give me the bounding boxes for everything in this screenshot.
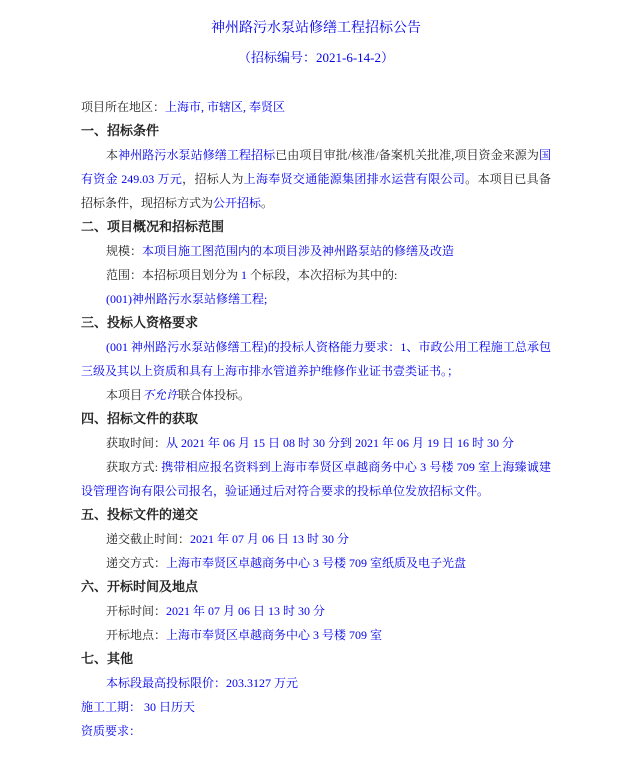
text-segment: 本项目施工图范围内的本项目涉及神州路泵站的修缮及改造 [142, 244, 454, 258]
doc-line: 本标段最高投标限价：203.3127 万元 [81, 671, 551, 695]
text-segment: 六、开标时间及地点 [81, 579, 198, 594]
doc-line: 资质要求： [81, 719, 551, 743]
tender-number: （招标编号：2021-6-14-2） [81, 49, 551, 67]
doc-line: 开标时间：2021 年 07 月 06 日 13 时 30 分 [81, 599, 551, 623]
text-segment: ，招标人为 [182, 172, 244, 186]
text-segment: 规模： [106, 244, 142, 258]
text-segment: 。 [261, 196, 273, 210]
text-segment: 2021 年 07 月 06 日 13 时 30 分 [190, 532, 349, 546]
section-heading: 五、投标文件的递交 [81, 503, 551, 527]
text-segment: 已由项目审批/核准/备案机关批准,项目资金来源为 [275, 148, 539, 162]
text-segment: 递交方式： [106, 556, 166, 570]
text-segment: 四、招标文件的获取 [81, 411, 198, 426]
doc-line: 范围：本招标项目划分为 1 个标段，本次招标为其中的: [81, 263, 551, 287]
text-segment: 项目所在地区： [81, 100, 165, 114]
document-title: 神州路污水泵站修缮工程招标公告 [81, 19, 551, 39]
doc-line: 规模：本项目施工图范围内的本项目涉及神州路泵站的修缮及改造 [81, 239, 551, 263]
text-segment: 不允许 [142, 388, 178, 402]
text-segment: 三、投标人资格要求 [81, 315, 198, 330]
tender-announcement-document: 神州路污水泵站修缮工程招标公告 （招标编号：2021-6-14-2） 项目所在地… [0, 0, 627, 743]
section-heading: 三、投标人资格要求 [81, 311, 551, 335]
doc-line: (001)神州路污水泵站修缮工程; [81, 287, 551, 311]
text-segment: 范围：本招标项目划分为 [106, 268, 241, 282]
document-blocks: 项目所在地区：上海市, 市辖区, 奉贤区一、招标条件本神州路污水泵站修缮工程招标… [81, 95, 551, 743]
section-heading: 二、项目概况和招标范围 [81, 215, 551, 239]
text-segment: 获取方式: [106, 460, 161, 474]
text-segment: 本项目 [106, 388, 142, 402]
text-segment: (001 神州路污水泵站修缮工程)的投标人资格能力要求：1、市政公用工程施工总承… [81, 340, 551, 378]
text-segment: 二、项目概况和招标范围 [81, 219, 224, 234]
doc-paragraph: 获取方式: 携带相应报名资料到上海市奉贤区卓越商务中心 3 号楼 709 室上海… [81, 455, 551, 503]
doc-line: 递交截止时间：2021 年 07 月 06 日 13 时 30 分 [81, 527, 551, 551]
text-segment: 上海市, 市辖区, 奉贤区 [165, 100, 285, 114]
text-segment: 五、投标文件的递交 [81, 507, 198, 522]
text-segment: 个标段，本次招标为其中的: [247, 268, 397, 282]
doc-line: 开标地点：上海市奉贤区卓越商务中心 3 号楼 709 室 [81, 623, 551, 647]
doc-line: 获取时间：从 2021 年 06 月 15 日 08 时 30 分到 2021 … [81, 431, 551, 455]
text-segment: 获取时间： [106, 436, 166, 450]
doc-line: 递交方式：上海市奉贤区卓越商务中心 3 号楼 709 室纸质及电子光盘 [81, 551, 551, 575]
section-heading: 四、招标文件的获取 [81, 407, 551, 431]
text-segment: 递交截止时间： [106, 532, 190, 546]
text-segment: 联合体投标。 [178, 388, 250, 402]
text-segment: 开标地点： [106, 628, 166, 642]
doc-line: 项目所在地区：上海市, 市辖区, 奉贤区 [81, 95, 551, 119]
text-segment: (001)神州路污水泵站修缮工程; [106, 292, 267, 306]
text-segment: 从 2021 年 06 月 15 日 08 时 30 分到 2021 年 06 … [166, 436, 514, 450]
text-segment: 一、招标条件 [81, 123, 159, 138]
section-heading: 一、招标条件 [81, 119, 551, 143]
text-segment: 2021 年 07 月 06 日 13 时 30 分 [166, 604, 325, 618]
text-segment: 本 [106, 148, 118, 162]
section-heading: 七、其他 [81, 647, 551, 671]
doc-paragraph: 本神州路污水泵站修缮工程招标已由项目审批/核准/备案机关批准,项目资金来源为国有… [81, 143, 551, 215]
text-segment: 公开招标 [213, 196, 261, 210]
text-segment: 上海市奉贤区卓越商务中心 3 号楼 709 室纸质及电子光盘 [166, 556, 466, 570]
text-segment: 施工工期： 30 日历天 [81, 700, 195, 714]
text-segment: 开标时间： [106, 604, 166, 618]
doc-paragraph: (001 神州路污水泵站修缮工程)的投标人资格能力要求：1、市政公用工程施工总承… [81, 335, 551, 383]
section-heading: 六、开标时间及地点 [81, 575, 551, 599]
doc-line: 施工工期： 30 日历天 [81, 695, 551, 719]
text-segment: 上海市奉贤区卓越商务中心 3 号楼 709 室 [166, 628, 382, 642]
text-segment: 七、其他 [81, 651, 133, 666]
doc-line: 本项目不允许联合体投标。 [81, 383, 551, 407]
text-segment: 本标段最高投标限价：203.3127 万元 [106, 676, 298, 690]
text-segment: 神州路污水泵站修缮工程招标 [118, 148, 275, 162]
text-segment: 资质要求： [81, 724, 141, 738]
text-segment: 上海奉贤交通能源集团排水运营有限公司 [244, 172, 465, 186]
